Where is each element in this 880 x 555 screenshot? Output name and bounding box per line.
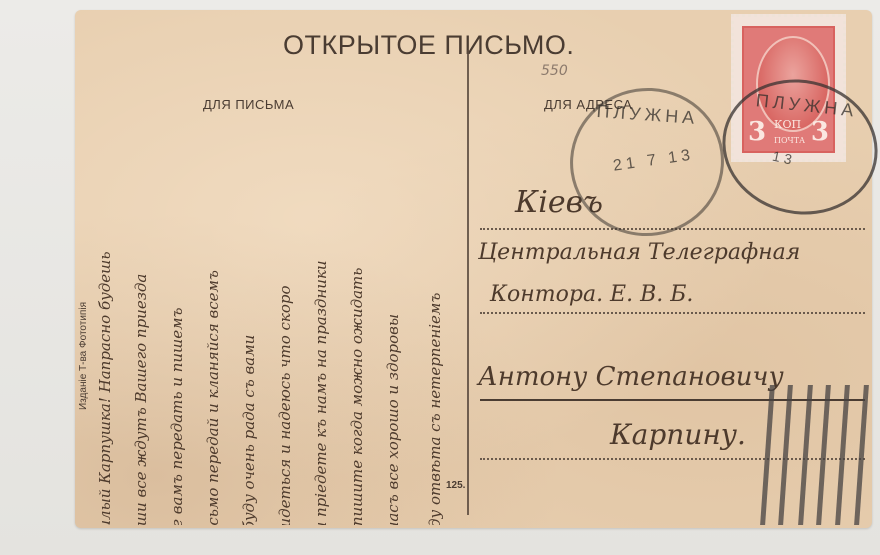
message-column: наши все ждутъ Вашего приезда <box>132 25 150 525</box>
message-column: Вы прiедете къ намъ на праздники <box>312 25 330 525</box>
address-line-2: Центральная Телеграфная <box>478 240 800 265</box>
catalog-number: 550 <box>541 63 568 79</box>
message-column: Милый Карпушка! Напрасно будешь <box>96 25 114 525</box>
message-column: все вамъ передать и пишемъ <box>168 25 186 525</box>
print-number: 125. <box>446 480 465 491</box>
postcard-heading: ОТКРЫТОЕ ПИСЬМО. <box>283 30 574 61</box>
postmark-text: ПЛУЖНА <box>596 101 699 129</box>
address-line <box>480 312 865 314</box>
publisher-imprint: Изданіе Т-ва Фототипія <box>78 110 92 410</box>
postmark-text: ПЛУЖНА <box>755 90 858 122</box>
postmark-date: 13 <box>771 148 797 169</box>
address-recipient-surname: Карпину. <box>610 418 746 451</box>
postmark-date: 21 7 13 <box>612 146 695 175</box>
center-divider <box>467 50 469 515</box>
address-line-3: Контора. Е. В. Б. <box>490 282 693 307</box>
label-for-letter: ДЛЯ ПИСЬМА <box>203 97 294 112</box>
message-column: жду отвѣта съ нетерпенiемъ <box>426 25 444 525</box>
message-column: напишите когда можно ожидать <box>348 25 366 525</box>
address-recipient-name: Антону Степановичу <box>478 362 784 392</box>
cancellation-bars <box>763 385 873 525</box>
message-column: у насъ все хорошо и здоровы <box>384 25 402 525</box>
